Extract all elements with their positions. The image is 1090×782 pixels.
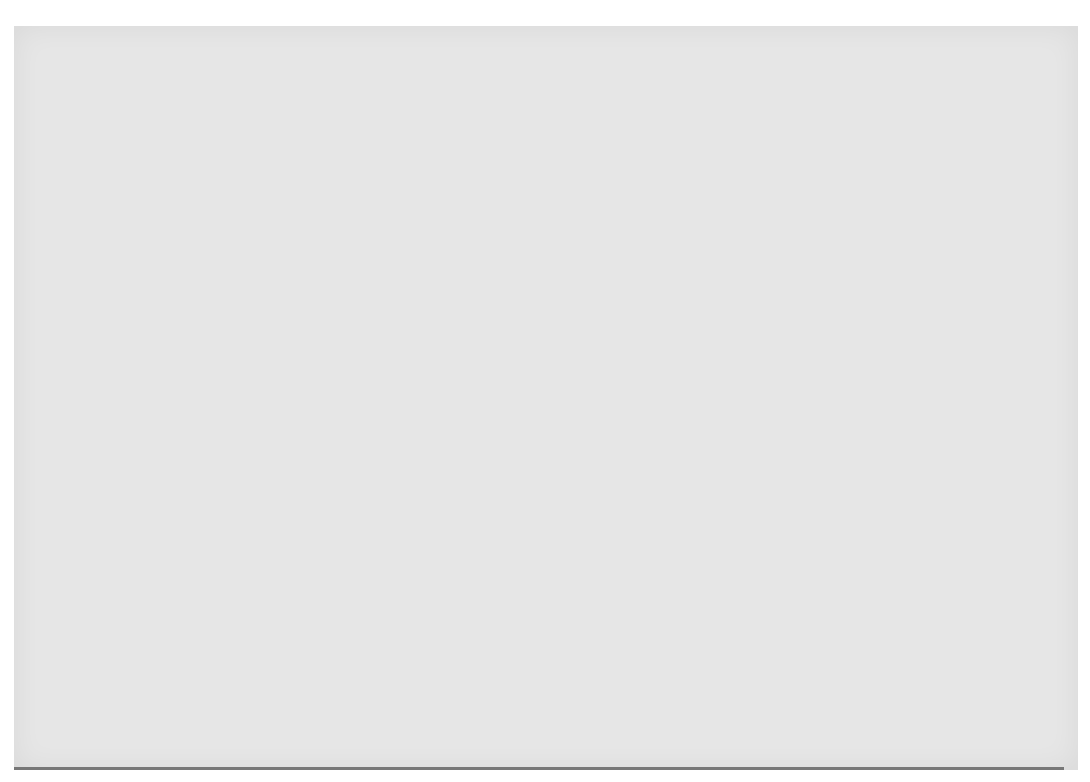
sheet-edge — [14, 767, 1064, 770]
municipality — [771, 42, 779, 55]
census-form-sheet — [14, 26, 1078, 770]
